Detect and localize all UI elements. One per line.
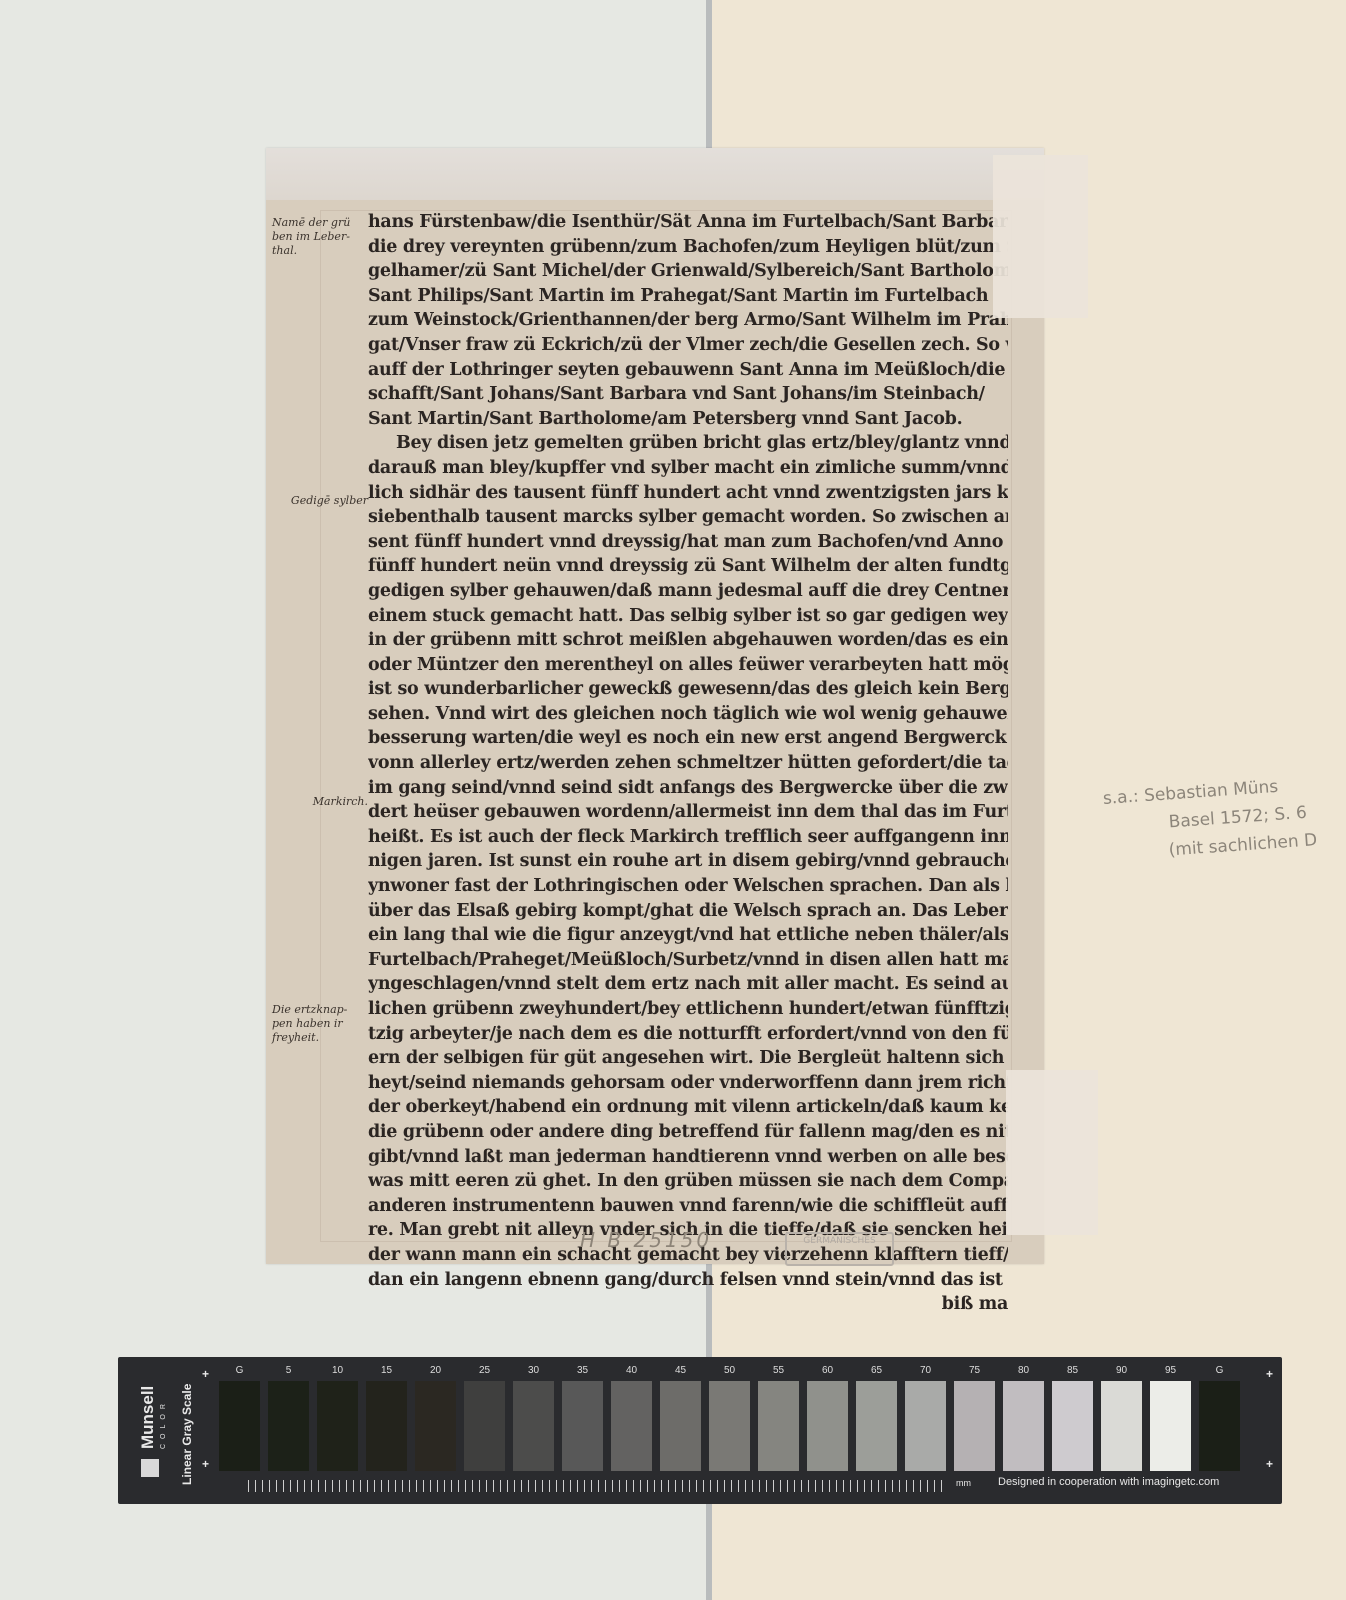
gray-patch: 40 <box>611 1365 652 1471</box>
tape-strip-right-top <box>993 155 1088 318</box>
gray-patch: 60 <box>807 1365 848 1471</box>
gray-patch: 20 <box>415 1365 456 1471</box>
text-line: die drey vereynten grübenn/zum Bachofen/… <box>368 235 1008 260</box>
text-line: ern der selbigen für güt angesehen wirt.… <box>368 1046 1008 1071</box>
registration-plus-icon: + <box>1266 1367 1273 1381</box>
patch-label: G <box>236 1365 244 1381</box>
patch-swatch <box>1150 1381 1191 1471</box>
text-line: lichen grübenn zweyhundert/bey ettlichen… <box>368 997 1008 1022</box>
patch-label: 10 <box>332 1365 343 1381</box>
registration-plus-icon: + <box>1266 1457 1273 1471</box>
brand-sub: COLOR <box>160 1399 167 1449</box>
patch-swatch <box>562 1381 603 1471</box>
text-line: die grübenn oder andere ding betreffend … <box>368 1120 1008 1145</box>
text-line: Bey disen jetz gemelten grüben bricht gl… <box>368 431 1008 456</box>
patch-swatch <box>660 1381 701 1471</box>
patch-swatch <box>268 1381 309 1471</box>
text-line: biß ma <box>368 1292 1008 1317</box>
text-line: heißt. Es ist auch der fleck Markirch tr… <box>368 825 1008 850</box>
text-line: heyt/seind niemands gehorsam oder vnderw… <box>368 1071 1008 1096</box>
text-line: in der grübenn mitt schrot meißlen abgeh… <box>368 628 1008 653</box>
gray-patch: 95 <box>1150 1365 1191 1471</box>
text-line: Sant Philips/Sant Martin im Prahegat/San… <box>368 284 1008 309</box>
text-line: tzig arbeyter/je nach dem es die notturf… <box>368 1022 1008 1047</box>
text-line: anderen instrumentenn bauwen vnnd farenn… <box>368 1194 1008 1219</box>
patch-label: 40 <box>626 1365 637 1381</box>
text-line: darauß man bley/kupffer vnd sylber macht… <box>368 456 1008 481</box>
munsell-brand: Munsell COLOR <box>138 1367 168 1492</box>
text-line: was mitt eeren zü ghet. In den grüben mü… <box>368 1169 1008 1194</box>
mm-ruler <box>248 1480 948 1492</box>
margin-note: Namē der grü ben im Leber- thal. <box>272 216 368 258</box>
brand-name: Munsell <box>138 1386 158 1449</box>
ruler-unit: mm <box>956 1478 971 1488</box>
patch-label: 20 <box>430 1365 441 1381</box>
document-text: hans Fürstenbaw/die Isenthür/Sät Anna im… <box>368 210 1008 1317</box>
text-line: Sant Martin/Sant Bartholome/am Petersber… <box>368 407 1008 432</box>
text-line: Furtelbach/Praheget/Meüßloch/Surbetz/vnn… <box>368 948 1008 973</box>
text-line: dan ein langenn ebnenn gang/durch felsen… <box>368 1268 1008 1293</box>
patch-label: 75 <box>969 1365 980 1381</box>
text-line: ein lang thal wie die figur anzeygt/vnd … <box>368 923 1008 948</box>
text-line: im gang seind/vnnd seind sidt anfangs de… <box>368 776 1008 801</box>
text-line: vonn allerley ertz/werden zehen schmeltz… <box>368 751 1008 776</box>
gray-scale-card: Munsell COLOR Linear Gray Scale + + + + … <box>118 1357 1282 1504</box>
text-line: nigen jaren. Ist sunst ein rouhe art in … <box>368 849 1008 874</box>
patch-label: 15 <box>381 1365 392 1381</box>
gray-patch: 85 <box>1052 1365 1093 1471</box>
gray-patch: 55 <box>758 1365 799 1471</box>
patch-swatch <box>954 1381 995 1471</box>
gray-patch: 90 <box>1101 1365 1142 1471</box>
patch-label: G <box>1216 1365 1224 1381</box>
gray-patch: 10 <box>317 1365 358 1471</box>
text-line: sehen. Vnnd wirt des gleichen noch tägli… <box>368 702 1008 727</box>
patch-label: 90 <box>1116 1365 1127 1381</box>
patch-swatch <box>1052 1381 1093 1471</box>
patch-label: 60 <box>822 1365 833 1381</box>
patch-swatch <box>807 1381 848 1471</box>
text-line: fünff hundert neün vnnd dreyssig zü Sant… <box>368 554 1008 579</box>
text-line: ynwoner fast der Lothringischen oder Wel… <box>368 874 1008 899</box>
gray-patch: 70 <box>905 1365 946 1471</box>
gray-patch: 30 <box>513 1365 554 1471</box>
patch-label: 95 <box>1165 1365 1176 1381</box>
patch-swatch <box>758 1381 799 1471</box>
patch-label: 55 <box>773 1365 784 1381</box>
patch-swatch <box>366 1381 407 1471</box>
gray-patch: 80 <box>1003 1365 1044 1471</box>
registration-plus-icon: + <box>202 1457 209 1471</box>
munsell-logo-icon <box>141 1459 159 1477</box>
patch-label: 5 <box>286 1365 292 1381</box>
shelfmark: H B 25150 <box>580 1228 712 1252</box>
gray-patch: G <box>219 1365 260 1471</box>
text-line: gelhamer/zü Sant Michel/der Grienwald/Sy… <box>368 259 1008 284</box>
patch-label: 85 <box>1067 1365 1078 1381</box>
patch-swatch <box>513 1381 554 1471</box>
gray-patch: 45 <box>660 1365 701 1471</box>
patch-label: 30 <box>528 1365 539 1381</box>
gray-patches: G5101520253035404550556065707580859095G <box>219 1365 1240 1471</box>
text-line: hans Fürstenbaw/die Isenthür/Sät Anna im… <box>368 210 1008 235</box>
patch-label: 50 <box>724 1365 735 1381</box>
text-line: lich sidhär des tausent fünff hundert ac… <box>368 481 1008 506</box>
text-line: schafft/Sant Johans/Sant Barbara vnd San… <box>368 382 1008 407</box>
patch-swatch <box>1003 1381 1044 1471</box>
text-line: sent fünff hundert vnnd dreyssig/hat man… <box>368 530 1008 555</box>
text-line: gibt/vnnd laßt man jederman handtierenn … <box>368 1145 1008 1170</box>
gray-patch: 5 <box>268 1365 309 1471</box>
scale-title: Linear Gray Scale <box>180 1384 194 1485</box>
patch-label: 80 <box>1018 1365 1029 1381</box>
gray-patch: 65 <box>856 1365 897 1471</box>
text-line: zum Weinstock/Grienthannen/der berg Armo… <box>368 308 1008 333</box>
patch-label: 35 <box>577 1365 588 1381</box>
patch-swatch <box>1199 1381 1240 1471</box>
text-line: auff der Lothringer seyten gebauwenn San… <box>368 358 1008 383</box>
text-line: yngeschlagen/vnnd stelt dem ertz nach mi… <box>368 972 1008 997</box>
patch-label: 45 <box>675 1365 686 1381</box>
margin-note: Gedigē sylber <box>272 494 368 508</box>
library-stamp: GERMANISCHES <box>785 1232 894 1266</box>
tape-strip-top <box>266 148 1044 200</box>
patch-label: 65 <box>871 1365 882 1381</box>
text-line: ist so wunderbarlicher geweckß gewesenn/… <box>368 677 1008 702</box>
text-line: über das Elsaß gebirg kompt/ghat die Wel… <box>368 899 1008 924</box>
patch-swatch <box>1101 1381 1142 1471</box>
margin-note: Die ertzknap- pen haben ir freyheit. <box>272 1003 368 1045</box>
text-line: gedigen sylber gehauwen/daß mann jedesma… <box>368 579 1008 604</box>
gray-patch: 25 <box>464 1365 505 1471</box>
text-line: siebenthalb tausent marcks sylber gemach… <box>368 505 1008 530</box>
registration-plus-icon: + <box>202 1367 209 1381</box>
gray-patch: G <box>1199 1365 1240 1471</box>
patch-swatch <box>464 1381 505 1471</box>
gray-patch: 35 <box>562 1365 603 1471</box>
patch-label: 70 <box>920 1365 931 1381</box>
text-line: dert heüser gebauwen wordenn/allermeist … <box>368 800 1008 825</box>
gray-patch: 50 <box>709 1365 750 1471</box>
margin-note: Markirch. <box>272 795 368 809</box>
text-line: einem stuck gemacht hatt. Das selbig syl… <box>368 604 1008 629</box>
gray-patch: 75 <box>954 1365 995 1471</box>
patch-swatch <box>856 1381 897 1471</box>
patch-swatch <box>415 1381 456 1471</box>
text-line: oder Müntzer den merentheyl on alles feü… <box>368 653 1008 678</box>
patch-swatch <box>219 1381 260 1471</box>
gray-patch: 15 <box>366 1365 407 1471</box>
patch-swatch <box>317 1381 358 1471</box>
text-line: besserung warten/die weyl es noch ein ne… <box>368 726 1008 751</box>
tape-strip-right-bottom <box>1006 1070 1098 1235</box>
text-line: der oberkeyt/habend ein ordnung mit vile… <box>368 1095 1008 1120</box>
pencil-annotation: s.a.: Sebastian Müns Basel 1572; S. 6 (m… <box>1102 770 1318 868</box>
text-line: gat/Vnser fraw zü Eckrich/zü der Vlmer z… <box>368 333 1008 358</box>
credit-text: Designed in cooperation with imagingetc.… <box>998 1476 1219 1488</box>
patch-label: 25 <box>479 1365 490 1381</box>
patch-swatch <box>709 1381 750 1471</box>
patch-swatch <box>905 1381 946 1471</box>
patch-swatch <box>611 1381 652 1471</box>
